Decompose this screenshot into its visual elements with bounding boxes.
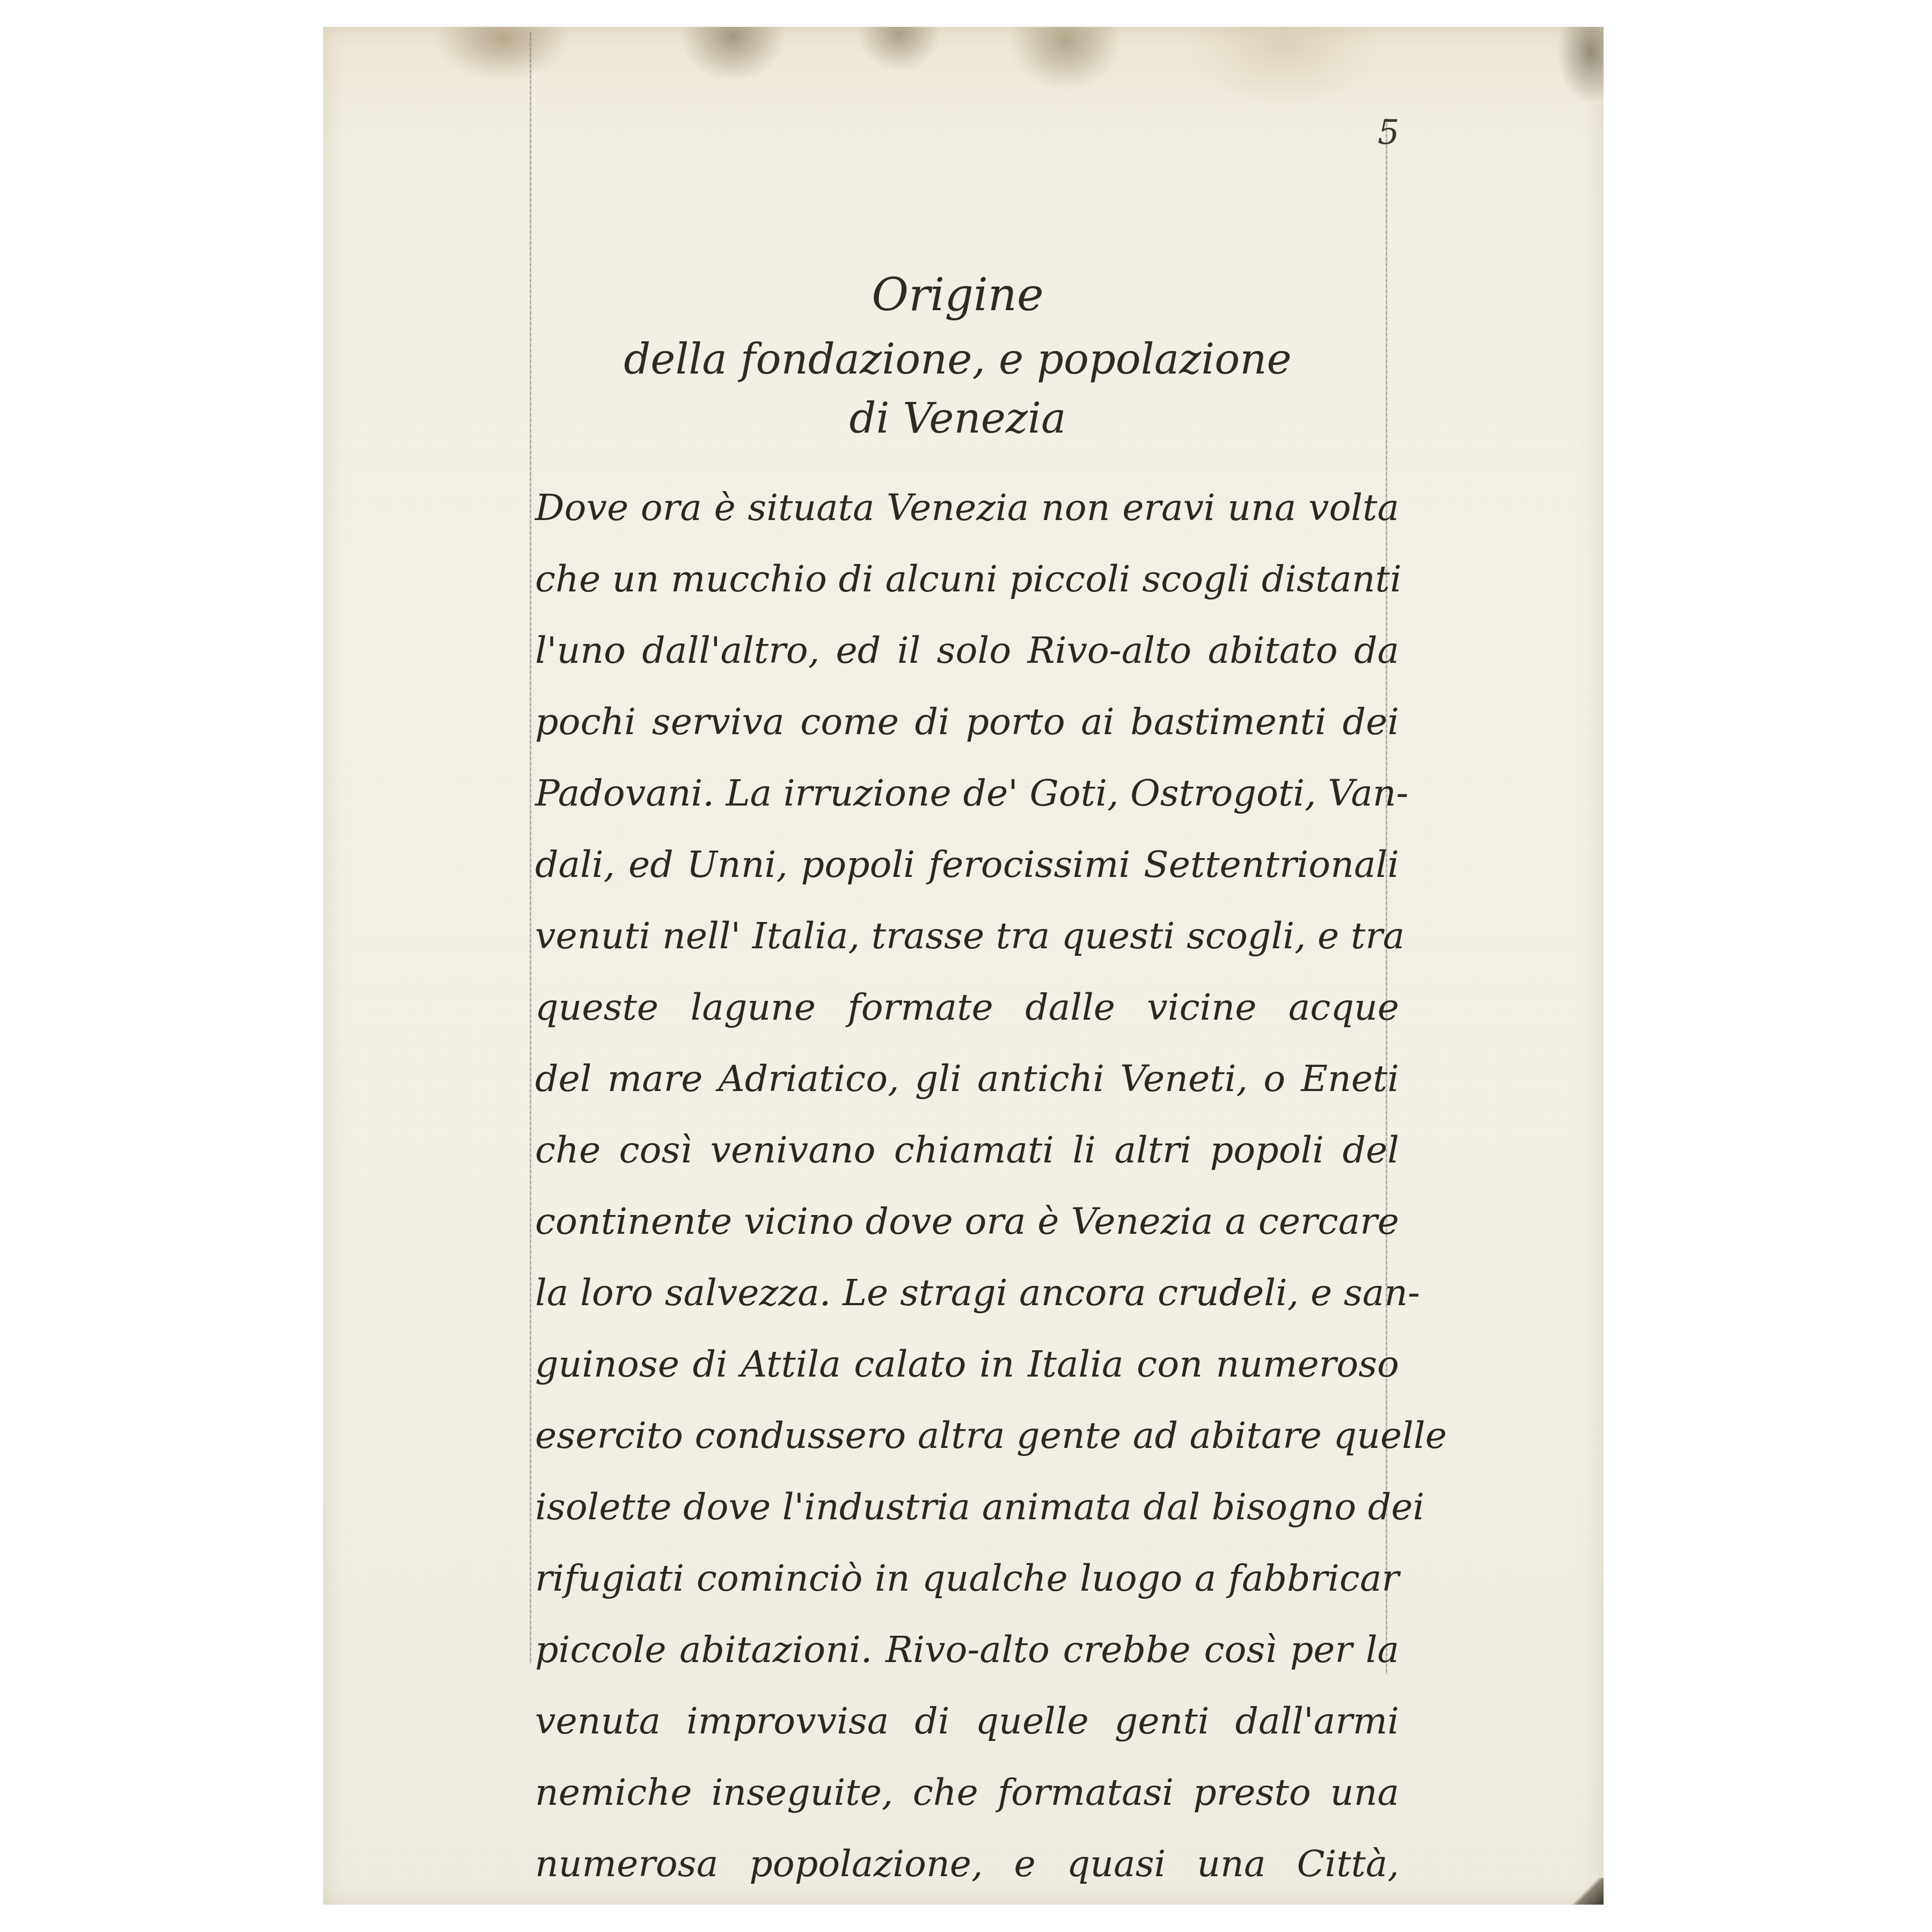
text-line: queste lagune formate dalle vicine acque: [535, 972, 1399, 1043]
text-line: esercito condussero altra gente ad abita…: [535, 1400, 1399, 1472]
title-line-1: Origine: [530, 268, 1386, 321]
title-line-2: della fondazione, e popolazione: [530, 335, 1386, 384]
water-stain: [323, 27, 1604, 150]
text-line: pochi serviva come di porto ai bastiment…: [535, 686, 1399, 758]
text-line: che un mucchio di alcuni piccoli scogli …: [535, 544, 1399, 615]
text-line: venuta improvvisa di quelle genti dall'a…: [535, 1686, 1399, 1757]
text-line: dali, ed Unni, popoli ferocissimi Setten…: [535, 829, 1399, 901]
text-line: la loro salvezza. Le stragi ancora crude…: [535, 1257, 1399, 1329]
text-line: Padovani. La irruzione de' Goti, Ostrogo…: [535, 758, 1399, 829]
text-line: venuti nell' Italia, trasse tra questi s…: [535, 901, 1399, 972]
text-line: Dove ora è situata Venezia non eravi una…: [535, 472, 1399, 544]
text-line: piccole abitazioni. Rivo-alto crebbe cos…: [535, 1614, 1399, 1686]
text-line: isolette dove l'industria animata dal bi…: [535, 1472, 1399, 1543]
text-line: numerosa popolazione, e quasi una Città,: [535, 1828, 1399, 1900]
text-line: guinose di Attila calato in Italia con n…: [535, 1329, 1399, 1400]
text-line: del mare Adriatico, gli antichi Veneti, …: [535, 1043, 1399, 1115]
text-line: continente vicino dove ora è Venezia a c…: [535, 1186, 1399, 1257]
text-line: nemiche inseguite, che formatasi presto …: [535, 1757, 1399, 1828]
text-line: che così venivano chiamati li altri popo…: [535, 1115, 1399, 1186]
folio-number: 5: [1378, 113, 1400, 152]
text-line: l'uno dall'altro, ed il solo Rivo-alto a…: [535, 615, 1399, 686]
manuscript-body: Dove ora è situata Venezia non eravi una…: [535, 472, 1399, 1900]
title-line-3: di Venezia: [530, 394, 1386, 443]
folded-corner: [1571, 1878, 1604, 1905]
text-line: rifugiati cominciò in qualche luogo a fa…: [535, 1543, 1399, 1614]
manuscript-page: 5 Origine della fondazione, e popolazion…: [323, 27, 1604, 1905]
